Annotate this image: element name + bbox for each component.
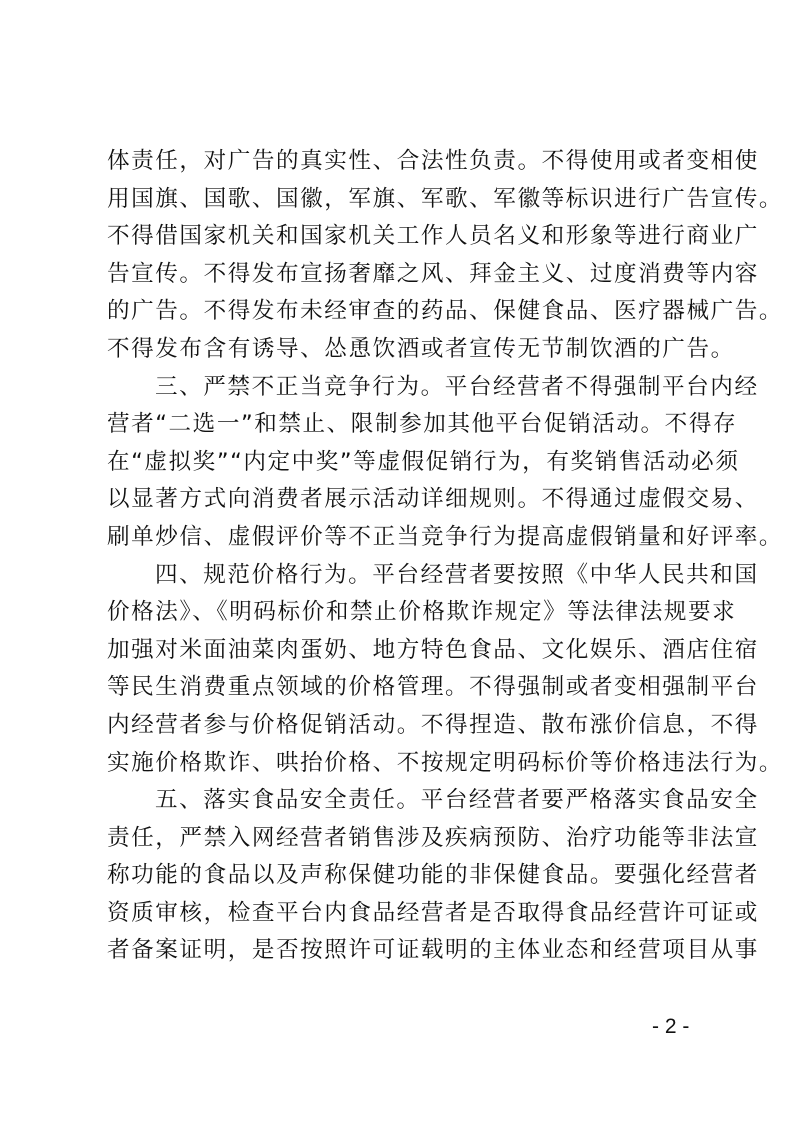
page-number: - 2 - xyxy=(652,1015,689,1039)
text-line: 加强对米面油菜肉蛋奶、地方特色食品、文化娱乐、酒店住宿 xyxy=(107,632,697,670)
text-line: 责任，严禁入网经营者销售涉及疾病预防、治疗功能等非法宣 xyxy=(107,820,697,858)
text-line: 营者“二选一”和禁止、限制参加其他平台促销活动。不得存 xyxy=(107,406,697,444)
text-line: 不得发布含有诱导、怂恿饮酒或者宣传无节制饮酒的广告。 xyxy=(107,331,697,369)
text-line: 刷单炒信、虚假评价等不正当竞争行为提高虚假销量和好评率。 xyxy=(107,519,697,557)
section-heading-3: 三、严禁不正当竞争行为。平台经营者不得强制平台内经 xyxy=(107,369,697,407)
text-line: 称功能的食品以及声称保健功能的非保健食品。要强化经营者 xyxy=(107,857,697,895)
document-body: 体责任，对广告的真实性、合法性负责。不得使用或者变相使 用国旗、国歌、国徽，军旗… xyxy=(107,143,697,970)
text-line: 者备案证明，是否按照许可证载明的主体业态和经营项目从事 xyxy=(107,932,697,970)
text-line: 以显著方式向消费者展示活动详细规则。不得通过虚假交易、 xyxy=(107,481,697,519)
section-heading-5: 五、落实食品安全责任。平台经营者要严格落实食品安全 xyxy=(107,782,697,820)
text-line: 的广告。不得发布未经审查的药品、保健食品、医疗器械广告。 xyxy=(107,293,697,331)
text-line: 不得借国家机关和国家机关工作人员名义和形象等进行商业广 xyxy=(107,218,697,256)
text-line: 价格法》、《明码标价和禁止价格欺诈规定》等法律法规要求 xyxy=(107,594,697,632)
text-line: 告宣传。不得发布宣扬奢靡之风、拜金主义、过度消费等内容 xyxy=(107,256,697,294)
text-line: 资质审核，检查平台内食品经营者是否取得食品经营许可证或 xyxy=(107,895,697,933)
text-line: 用国旗、国歌、国徽，军旗、军歌、军徽等标识进行广告宣传。 xyxy=(107,181,697,219)
section-heading-4: 四、规范价格行为。平台经营者要按照《中华人民共和国 xyxy=(107,557,697,595)
text-line: 在“虚拟奖”“内定中奖”等虚假促销行为，有奖销售活动必须 xyxy=(107,444,697,482)
text-line: 内经营者参与价格促销活动。不得捏造、散布涨价信息，不得 xyxy=(107,707,697,745)
text-line: 等民生消费重点领域的价格管理。不得强制或者变相强制平台 xyxy=(107,669,697,707)
text-line: 实施价格欺诈、哄抬价格、不按规定明码标价等价格违法行为。 xyxy=(107,745,697,783)
text-line: 体责任，对广告的真实性、合法性负责。不得使用或者变相使 xyxy=(107,143,697,181)
